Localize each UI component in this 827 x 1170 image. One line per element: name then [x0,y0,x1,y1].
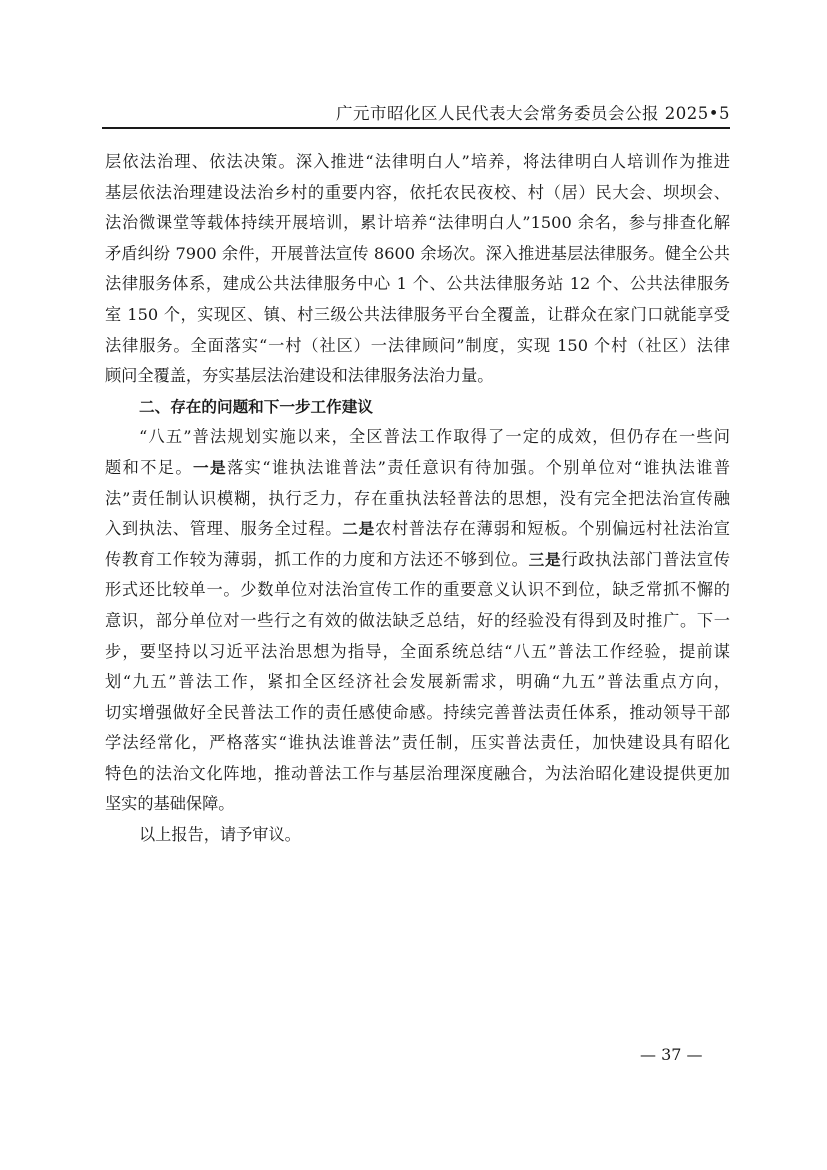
closing-remark: 以上报告，请予审议。 [105,820,730,851]
text-line: 形式还比较单一。少数单位对法治宣传工作的重要意义认识不到位，缺乏常抓不懈的 [105,575,730,606]
text-line: 切实增强做好全民普法工作的责任感使命感。持续完善普法责任体系，推动领导干部 [105,698,730,729]
text-line: 入到执法、管理、服务全过程。二是农村普法存在薄弱和短板。个别偏远村社法治宣 [105,514,730,545]
text-line: 意识，部分单位对一些行之有效的做法缺乏总结，好的经验没有得到及时推广。下一 [105,606,730,637]
section-heading: 二、存在的问题和下一步工作建议 [105,392,730,423]
document-body: 层依法治理、依法决策。深入推进“法律明白人”培养，将法律明白人培训作为推进 基层… [105,147,730,851]
page-number: — 37 — [640,1045,703,1064]
text-line: 法律服务体系，建成公共法律服务中心 1 个、公共法律服务站 12 个、公共法律服… [105,269,730,300]
text-line: 矛盾纠纷 7900 余件，开展普法宣传 8600 余场次。深入推进基层法律服务。… [105,239,730,270]
text-line: 基层依法治理建设法治乡村的重要内容，依托农民夜校、村（居）民大会、坝坝会、 [105,178,730,209]
text-line: 法”责任制认识模糊，执行乏力，存在重执法轻普法的思想，没有完全把法治宣传融 [105,484,730,515]
text-line: 特色的法治文化阵地，推动普法工作与基层治理深度融合，为法治昭化建设提供更加 [105,759,730,790]
running-header: 广元市昭化区人民代表大会常务委员会公报 2025•5 [102,100,730,130]
text-line: 层依法治理、依法决策。深入推进“法律明白人”培养，将法律明白人培训作为推进 [105,147,730,178]
text-line: 步，要坚持以习近平法治思想为指导，全面系统总结“八五”普法工作经验，提前谋 [105,637,730,668]
text-line: 传教育工作较为薄弱，抓工作的力度和方法还不够到位。三是行政执法部门普法宣传 [105,545,730,576]
text-line: 学法经常化，严格落实“谁执法谁普法”责任制，压实普法责任，加快建设具有昭化 [105,728,730,759]
emphasis-third: 三是 [529,551,562,569]
text-line: 坚实的基础保障。 [105,789,730,820]
text-line: 法治微课堂等载体持续开展培训，累计培养“法律明白人”1500 余名，参与排查化解 [105,208,730,239]
emphasis-second: 二是 [342,520,375,538]
paragraph-problems-and-suggestions: “八五”普法规划实施以来，全区普法工作取得了一定的成效，但仍存在一些问 题和不足… [105,422,730,820]
text-line: “八五”普法规划实施以来，全区普法工作取得了一定的成效，但仍存在一些问 [105,422,730,453]
header-divider [102,127,730,129]
paragraph-legal-services: 层依法治理、依法决策。深入推进“法律明白人”培养，将法律明白人培训作为推进 基层… [105,147,730,392]
bulletin-title: 广元市昭化区人民代表大会常务委员会公报 2025•5 [336,100,730,124]
text-line: 题和不足。一是落实“谁执法谁普法”责任意识有待加强。个别单位对“谁执法谁普 [105,453,730,484]
text-line: 划“九五”普法工作，紧扣全区经济社会发展新需求，明确“九五”普法重点方向， [105,667,730,698]
text-line: 法律服务。全面落实“一村（社区）一法律顾问”制度，实现 150 个村（社区）法律 [105,331,730,362]
text-line: 顾问全覆盖，夯实基层法治建设和法律服务法治力量。 [105,361,730,392]
emphasis-first: 一是 [193,459,227,477]
text-line: 室 150 个，实现区、镇、村三级公共法律服务平台全覆盖，让群众在家门口就能享受 [105,300,730,331]
